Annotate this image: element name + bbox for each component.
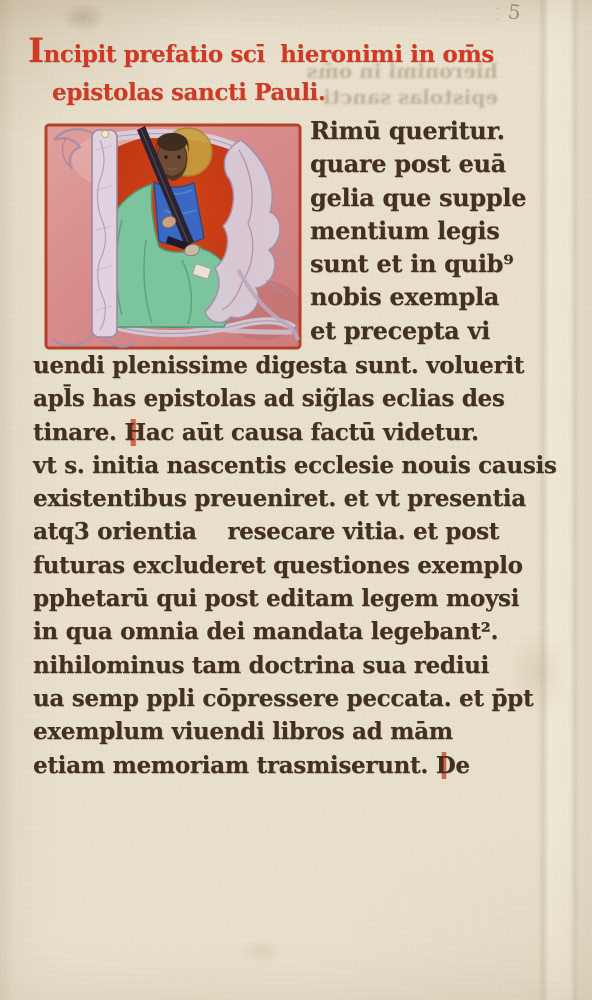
rubricated-letter: D [436,752,456,779]
body-text: uendi plenissime digesta sunt. voluerita… [33,349,557,782]
text-line: et precepta vi [310,314,526,347]
column-text: Rimū queritur.quare post euāgelia que su… [310,114,526,347]
text-line: ua semp ppli cōpressere peccata. et p̄pt [33,682,557,715]
text-line: pphetarū qui post editam legem moysi [33,582,557,615]
text-line: apl̄s has epistolas ad sig̃las eclias de… [33,382,557,415]
text-line: quare post euā [310,147,526,180]
text-line: Rimū queritur. [310,114,526,147]
rubricated-letter: H [124,419,145,446]
rubric-line-2: epistolas sancti Pauli. [52,79,326,106]
text-line: vt s. initia nascentis ecclesie nouis ca… [33,449,557,482]
text-line: tinare. Hac aūt causa factū videtur. [33,416,557,449]
text-line: nihilominus tam doctrina sua rediui [33,649,557,682]
text-line: in qua omnia dei mandata legebant². [33,615,557,648]
bleedthrough-line: epistolas sancti [318,84,498,110]
text-line: etiam memoriam trasmiserunt. De [33,749,557,782]
text-line: gelia que supple [310,181,526,214]
text-line: mentium legis [310,214,526,247]
text-line: futuras excluderet questiones exemplo [33,549,557,582]
text-line: exemplum viuendi libros ad mām [33,715,557,748]
text-line: sunt et in quib⁹ [310,247,526,280]
text-line: nobis exempla [310,280,526,313]
text-line: uendi plenissime digesta sunt. voluerit [33,349,557,382]
manuscript-page: · · 5 hieronimi in om̄sepistolas sancti … [0,0,592,1000]
rubric-line-1: Incipit prefatio scī hieronimi in om̄s [28,41,494,68]
folio-number: 5 [506,0,522,25]
stain-mark [236,938,286,964]
text-line: atq3 orientia resecare vitia. et post [33,515,557,548]
stain-mark [60,2,106,32]
text-line: existentibus preueniret. et vt presentia [33,482,557,515]
illuminated-initial-p [42,120,304,353]
